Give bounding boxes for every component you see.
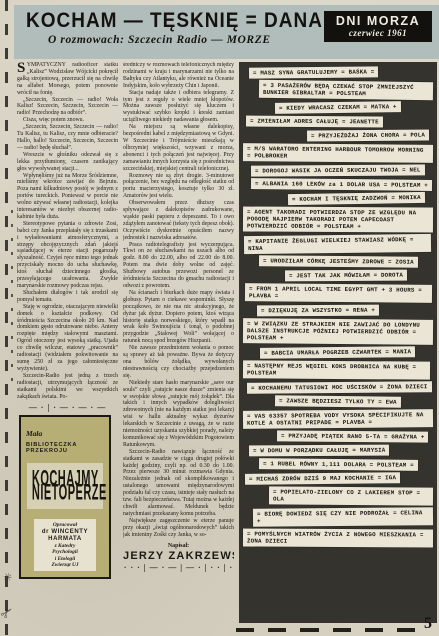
telegram: = POPIELATO-ZIELONY CO Z LAKIEREM STOP =… [269, 486, 433, 505]
telegram: = MICHAŚ ZDRÓW DZIŚ 9 MAJ KOCHANIE = IGA [245, 472, 400, 485]
telegram: = ALBANIA 160 LEKÓW za 1 DOLAR USA = POL… [251, 178, 432, 191]
telegram-panel: = MASZ SYNA GRATULUJEMY = BAŚKA = = 3 PA… [239, 62, 437, 623]
paragraph: Niekiedy stare hasło marynarskie „save o… [123, 380, 234, 449]
telegram: = KIEDY WRACASZ CZEKAM = MATKA + [275, 101, 401, 114]
drop-cap: S [17, 62, 27, 75]
ad-credit-line: dr WINCENTY [36, 529, 94, 536]
ad-book-title: KOCHAJMY NIETOPERZE [27, 463, 103, 509]
paragraph: Wpłynęliśmy już na Morze Śródziemne, mie… [17, 173, 118, 221]
author-name: JERZY ZAKRZEWSKI [123, 550, 234, 562]
telegram: = JEST TAK JAK MÓWIŁAM = DOROTA [285, 270, 407, 282]
ad-title-line2: NIETOPERZE [32, 479, 98, 505]
star-doodle-icon: ✳ [2, 570, 14, 585]
telegram: = DOROGOJ WASIK JA OCZEŃ SKUCZAJU TWOJA … [251, 164, 425, 176]
paragraph: SYMPATYCZNY radiooficer statku „Kalisz” … [17, 62, 118, 97]
telegram: = ZAWSZE BĘDZIESZ TYLKO TY = EWA [275, 395, 401, 408]
telegram: = KOCHANEMU TATUSIOWI MOC UŚCISKÓW = ŻON… [247, 381, 432, 394]
telegram: = VAS 63357 SPOTREBA VODY VYSOKA SPECIFI… [243, 409, 433, 429]
telegram: = BABCIA UMARŁA POGRZEB CZWARTEK = MANIA [260, 346, 415, 359]
morse-divider: — · | · — · — · — [17, 403, 118, 412]
text-column-2: średniczy w rozmowach telefonicznych mię… [123, 62, 234, 636]
paragraph: Wreszcie w głośniku odezwał się z lekka … [17, 152, 118, 173]
byline: Napisał: JERZY ZAKRZEWSKI · · · | — · — … [123, 543, 234, 572]
page-edge-dashes [236, 628, 415, 632]
telegram: = PRZYJEŻDŻAJ ŻONA CHORA = POLA [307, 129, 429, 141]
ad-series-script: Mała [26, 429, 42, 438]
badge-title: DNI MORZA [326, 14, 430, 28]
book-ad: Mała BIBLIOTECZKA PRZEKROJU KOCHAJMY NIE… [19, 415, 111, 579]
telegram: = 3 PASAŻERÓW BĘDĄ CZEKAĆ STOP ZMNIEJSZY… [259, 80, 433, 100]
ad-credit-line: HARMATA [36, 536, 94, 543]
telegram: = MASZ SYNA GRATULUJEMY = BAŚKA = [249, 66, 379, 78]
scissors-doodle-icon: ✂ [0, 602, 19, 623]
telegram: = NASTĘPNY REJS WĘGIEL KOKS DROBNICA NA … [243, 360, 430, 379]
paragraph: Obserwowałem przez dłuższy czas spływają… [123, 200, 234, 241]
telegram: = W DOMU W PORZĄDKU CAŁUJĘ = MARYSIA [249, 445, 389, 457]
article-header: KOCHAM — TĘSKNIĘ = DANA O rozmowach: Szc… [14, 5, 439, 59]
magazine-page: KOCHAM — TĘSKNIĘ = DANA O rozmowach: Szc… [0, 0, 439, 636]
paragraph: Staję w ogrodzie, otaczającym niewielki … [17, 304, 118, 373]
telegram: = AGENT TAKORADI POTWIERDZA STOP ZE WZGL… [243, 207, 433, 233]
telegram: = KAPITANIE ŻEGLUGI WIELKIEJ STAWIASZ WÓ… [244, 234, 431, 254]
telegram: = FROM 1 APRIL LOCAL TIME EGYPT GMT + 3 … [245, 283, 432, 303]
telegram: = DZIĘKUJĘ ZA WSZYSTKO = RENA + [257, 305, 379, 317]
event-badge: DNI MORZA czerwiec 1961 [324, 11, 432, 42]
telegram: = 1 RUBEL RÓWNY 1,111 DOLARA = POLSTEAM … [259, 458, 418, 471]
paragraph: Cisza, więc potem znowu. [17, 117, 118, 124]
byline-morse-decoration: · · · | — · — | — · | · · | · [123, 563, 234, 572]
telegram: = BIORĘ DOWIEDZ SIĘ CZY NIE PODROŻAŁ = C… [253, 507, 433, 527]
text-column-1: SYMPATYCZNY radiooficer statku „Kalisz” … [17, 62, 118, 636]
paragraph: Stereotypowe pytania o zdrowie Zosi, bab… [17, 221, 118, 290]
paragraph: Na miejscu są własne dalekopisy, bezpośr… [123, 124, 234, 172]
telegram: = PRZYJADĘ PIĄTEK RANO 5-TA = GRAŻYNA + [277, 430, 429, 442]
scan-margin-dots [11, 210, 13, 390]
paragraph: Słuchałem dialogów i tak urodził się pom… [17, 290, 118, 304]
page-content: SYMPATYCZNY radiooficer statku „Kalisz” … [17, 62, 437, 636]
paragraph: średniczy w rozmowach telefonicznych mię… [123, 62, 234, 90]
ad-credit-box: Opracował dr WINCENTY HARMATA z Katedry … [34, 519, 96, 571]
page-number: 5 [424, 615, 432, 633]
paragraph-text: YMPATYCZNY radiooficer statku „Kalisz” W… [17, 62, 118, 96]
paragraph: Nie zawsze przedmiotem wołania o pomoc s… [123, 345, 234, 380]
telegram: = M/S WARATORO ENTERING HARBOUR TOMORROW… [243, 143, 433, 163]
paragraph: Szczecin-Radio nawiązuje łączność ze sta… [123, 449, 234, 518]
telegram: = KOCHAM I TĘSKNIĘ ZADZWOŃ = MONIKA [288, 192, 425, 205]
telegram: = W ZWIĄZKU ZE STRAJKIEM NIE ZAWIJAĆ DO … [243, 318, 433, 345]
ad-credit-line: Zwierząt UJ [36, 562, 94, 568]
paragraph: „Szczecin, Szczecin — radio! Woła Kalisz… [17, 97, 118, 118]
telegram: = URODZIŁAM CÓRKĘ JESTEŚMY ZDROWE = ZOSI… [259, 255, 418, 267]
ad-series-name: BIBLIOTECZKA PRZEKROJU [26, 442, 104, 454]
telegram: = POMYŚLNYCH WIATRÓW ŻYCIA Z NOWEGO MIES… [243, 529, 433, 548]
telegram: = ZMIENIŁAM ADRES CAŁUJĘ = JEANETTE [246, 116, 383, 128]
paragraph: Stacja nadaje także i odbiera telegramy.… [123, 90, 234, 125]
paragraph: „Szczecin, Szczecin, Szczecin — radio! T… [17, 124, 118, 152]
badge-date: czerwiec 1961 [326, 28, 430, 38]
paragraph: Największe zagęszczenie w eterze panuje … [123, 518, 234, 539]
paragraph: Szczecin-Radio jest jedną z trzech radio… [17, 373, 118, 401]
paragraph: Praca radiotelegrafisty jest wyczerpując… [123, 242, 234, 290]
scan-margin-marks [5, 0, 8, 636]
paragraph: Rozmowy nie są zbyt drogie. 3-minutowe p… [123, 173, 234, 201]
byline-label: Napisał: [123, 543, 234, 549]
paragraph: Na ścianach i biurkach duże mapy świata … [123, 290, 234, 345]
